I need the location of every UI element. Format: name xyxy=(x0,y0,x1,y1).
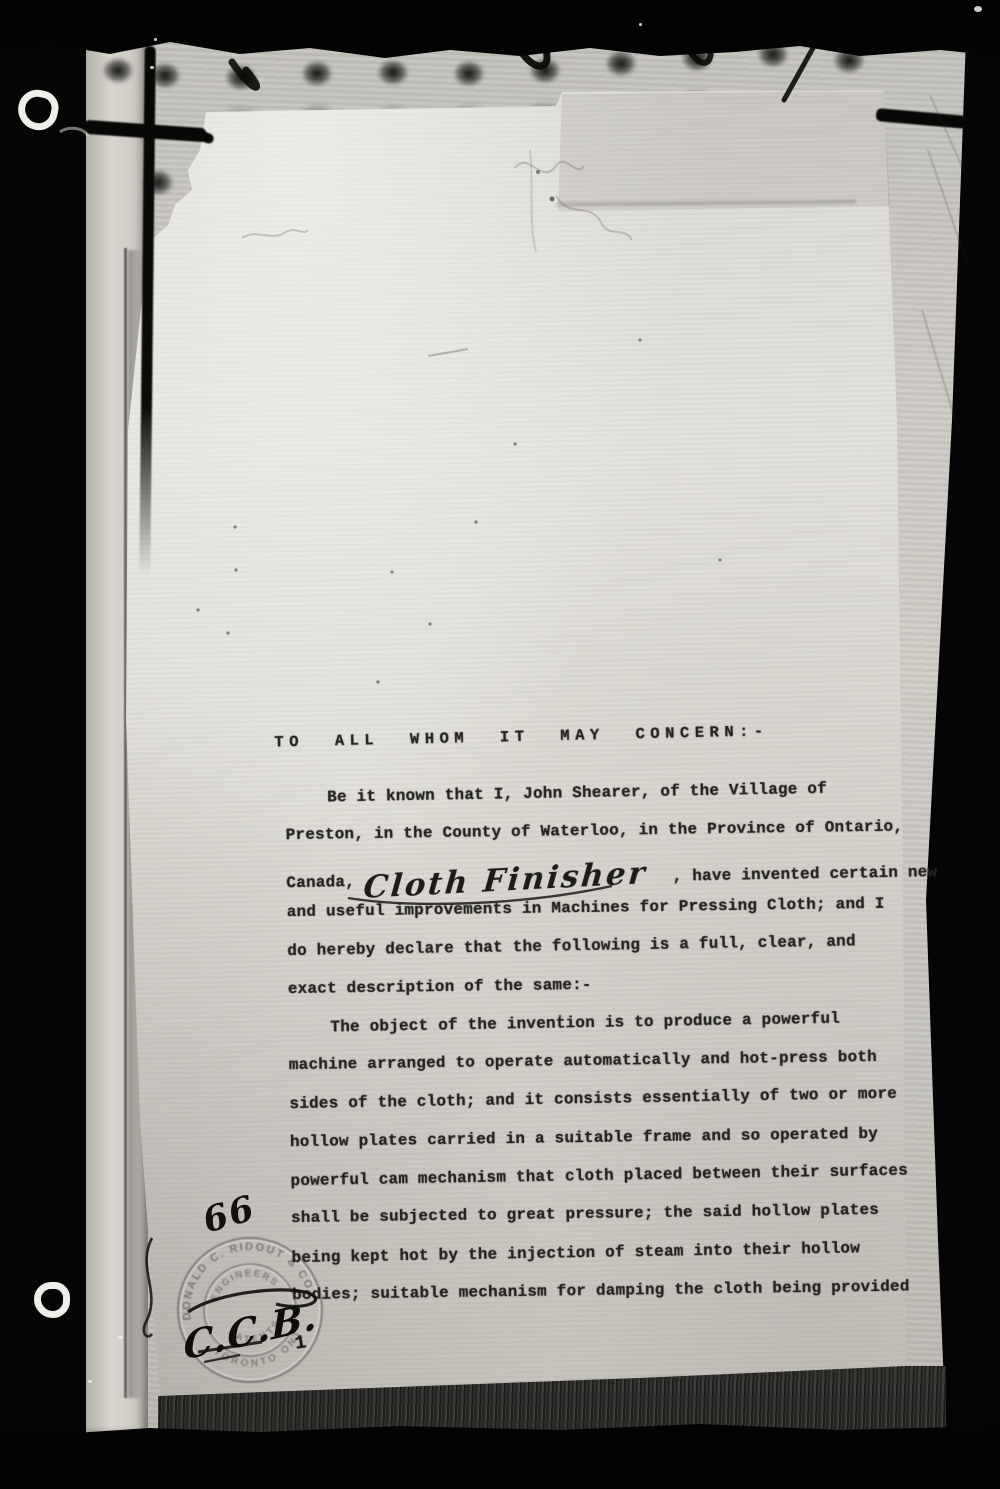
typed-line: do hereby declare that the following is … xyxy=(287,933,856,961)
typed-line: shall be subjected to great pressure; th… xyxy=(291,1201,879,1227)
photo-border-bottom xyxy=(0,1420,1000,1489)
typed-segment: being kept hot by the injection of steam… xyxy=(291,1239,860,1267)
typed-line: Preston, in the County of Waterloo, in t… xyxy=(286,818,904,845)
typed-segment: , have invented certain new xyxy=(663,863,938,886)
typed-segment: powerful cam mechanism that cloth placed… xyxy=(290,1162,908,1191)
typed-segment: Preston, in the County of Waterloo, in t… xyxy=(286,818,904,845)
typed-line: exact description of the same:- xyxy=(288,975,592,997)
document-heading: TO ALL WHOM IT MAY CONCERN:- xyxy=(274,722,769,751)
punch-hole-bottom xyxy=(34,1282,70,1318)
dust-speck xyxy=(150,66,154,69)
typed-segment: Canada, xyxy=(286,873,355,892)
typed-line: The object of the invention is to produc… xyxy=(330,1009,840,1036)
typed-segment: The object of the invention is to produc… xyxy=(330,1009,840,1036)
typed-line: machine arranged to operate automaticall… xyxy=(289,1048,877,1074)
typed-line: sides of the cloth; and it consists esse… xyxy=(289,1085,897,1113)
dust-speck xyxy=(118,1336,123,1339)
typed-segment: shall be subjected to great pressure; th… xyxy=(291,1201,879,1227)
typed-line: being kept hot by the injection of steam… xyxy=(291,1239,860,1267)
typed-segment: machine arranged to operate automaticall… xyxy=(289,1048,877,1074)
typed-line: hollow plates carried in a suitable fram… xyxy=(290,1125,878,1151)
typed-segment: hollow plates carried in a suitable fram… xyxy=(290,1125,878,1151)
typed-segment: exact description of the same:- xyxy=(288,975,592,997)
scanned-document-photo: TO ALL WHOM IT MAY CONCERN:- Be it known… xyxy=(0,0,1000,1489)
typed-segment: Be it known that I, John Shearer, of the… xyxy=(327,780,827,807)
typed-line: bodies; suitable mechanism for damping t… xyxy=(292,1277,910,1304)
dust-speck xyxy=(88,1380,92,1383)
dust-speck xyxy=(974,6,982,12)
dust-speck xyxy=(639,23,642,26)
dust-speck xyxy=(154,38,157,41)
typed-line: powerful cam mechanism that cloth placed… xyxy=(290,1162,908,1191)
typed-line: Be it known that I, John Shearer, of the… xyxy=(327,780,827,807)
typed-segment: bodies; suitable mechanism for damping t… xyxy=(292,1277,910,1304)
typed-segment: sides of the cloth; and it consists esse… xyxy=(289,1085,897,1113)
typed-segment: do hereby declare that the following is … xyxy=(287,933,856,961)
